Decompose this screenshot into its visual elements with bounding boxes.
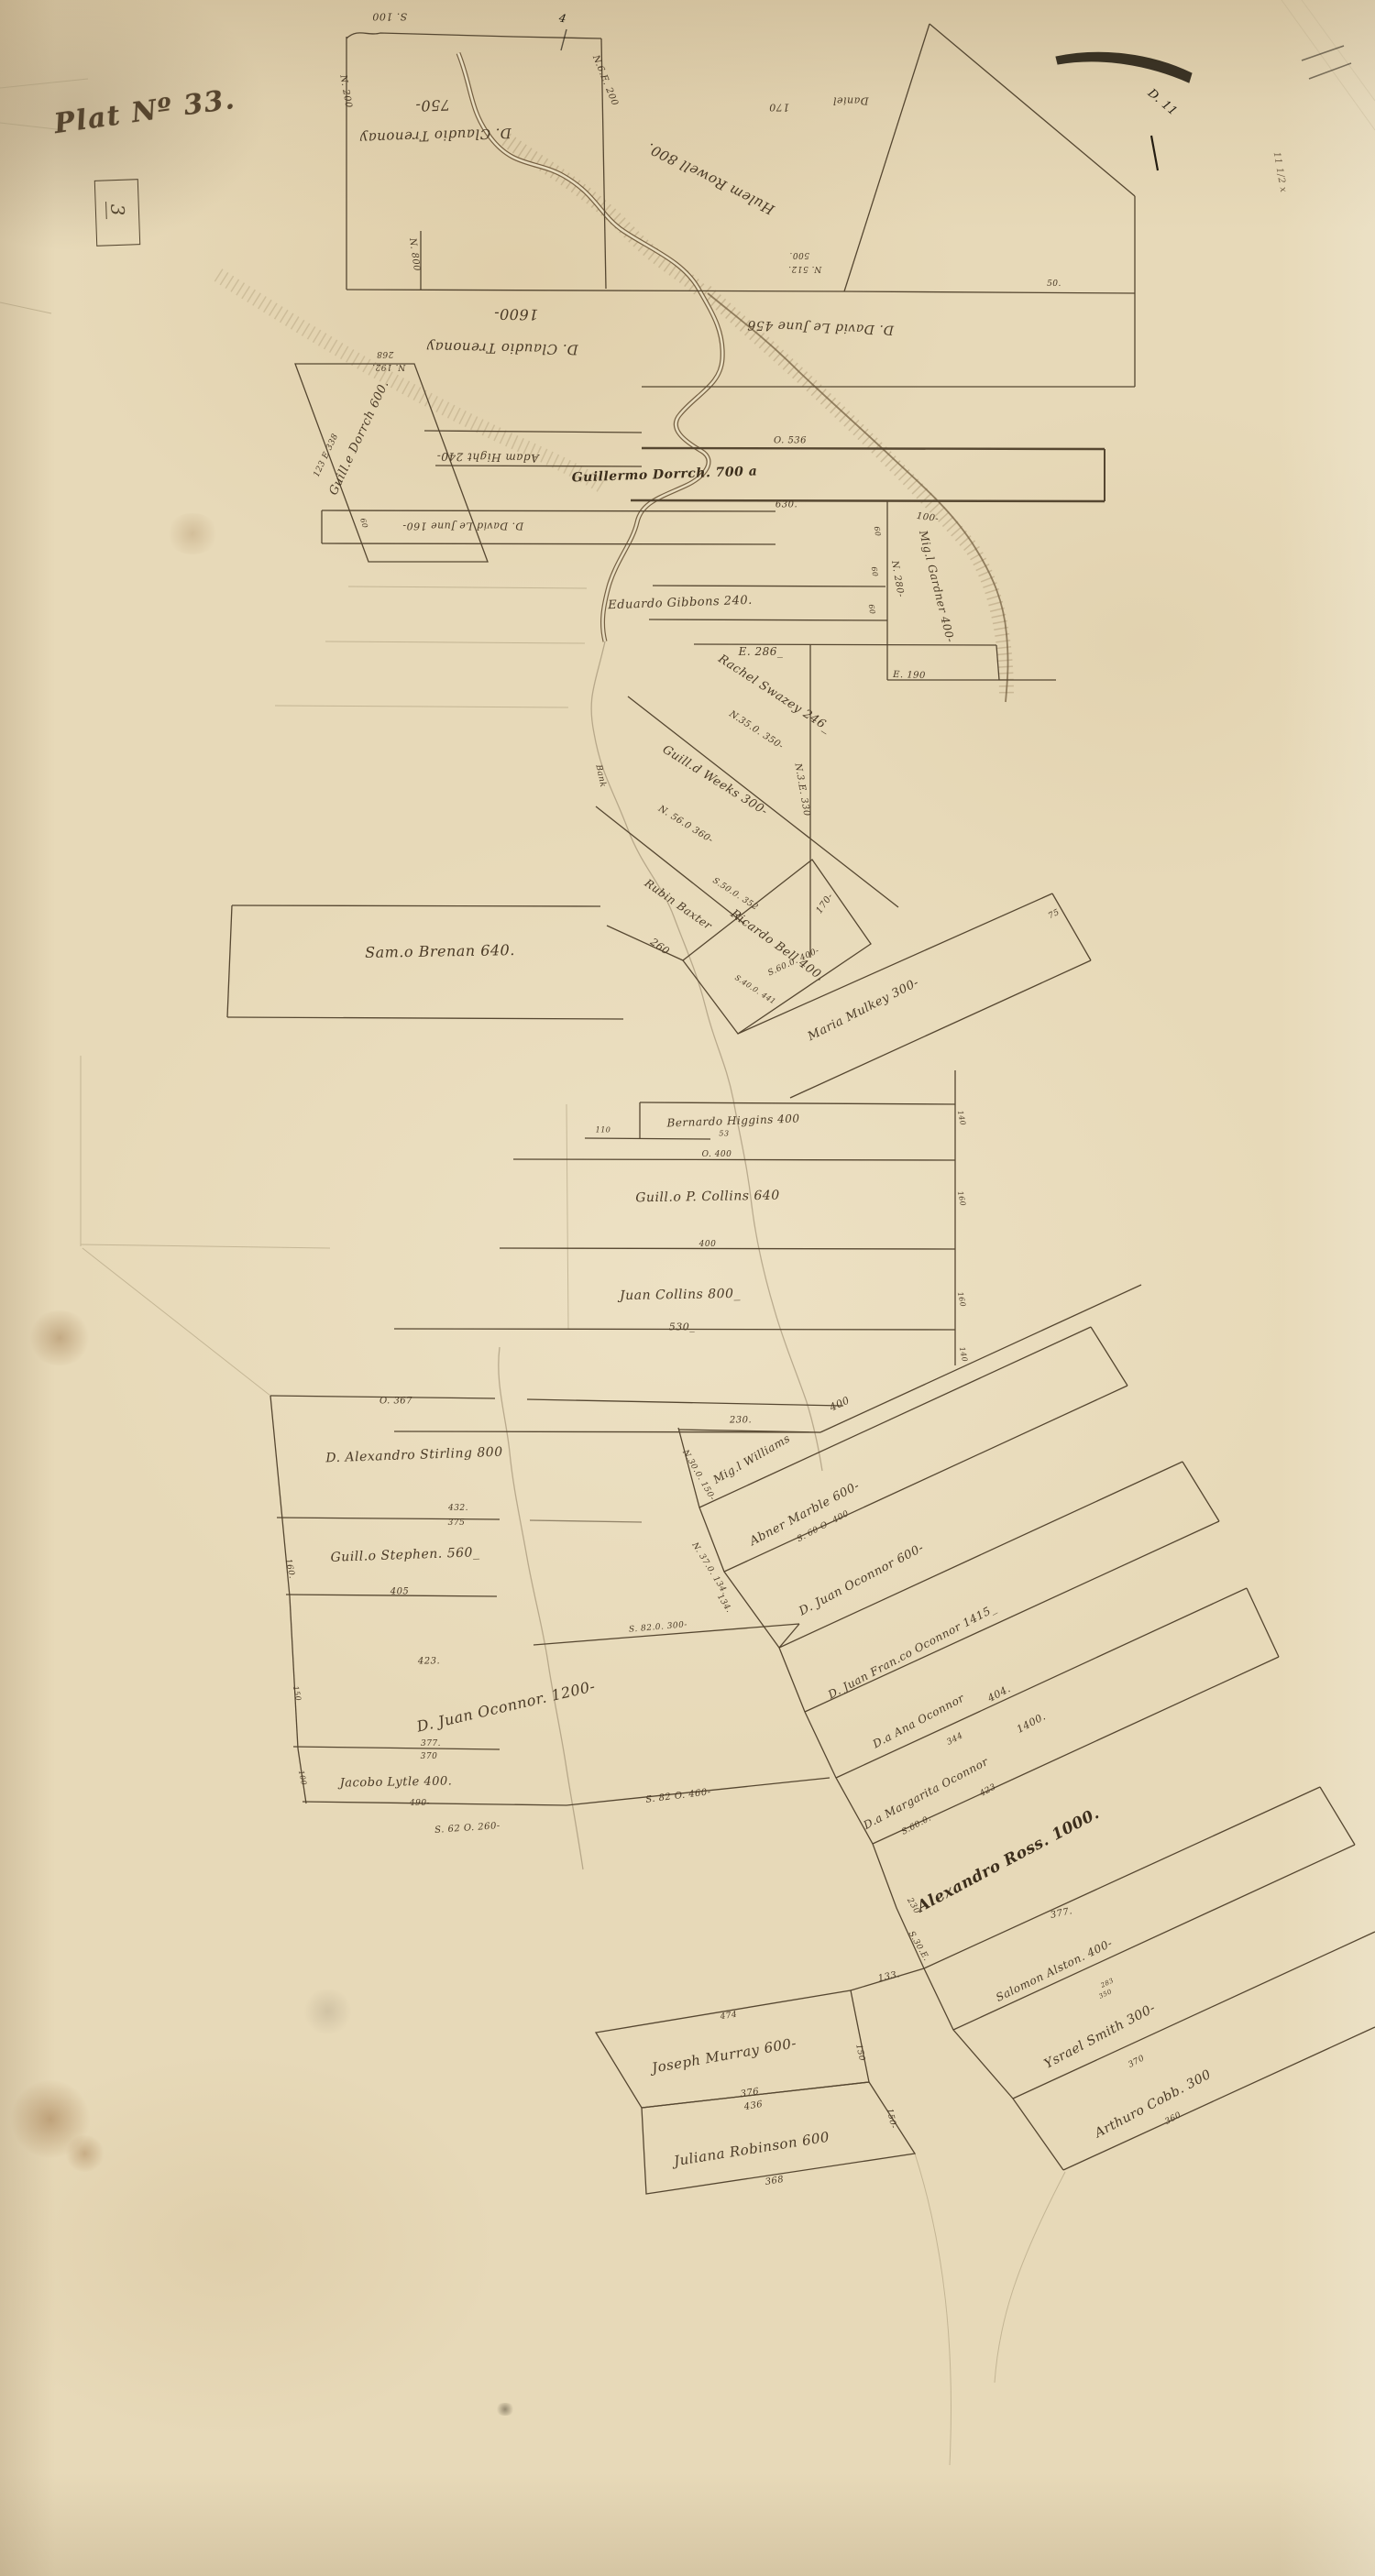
parcel-collins640: Guill.o P. Collins 640 — [635, 1189, 780, 1206]
label-405: 405 — [390, 1587, 410, 1597]
bearing-500: 500. — [789, 250, 809, 259]
tick-60c: 60 — [870, 566, 880, 578]
bearing-e190: E. 190 — [893, 670, 926, 681]
label-daniel: Daniel — [832, 95, 868, 107]
parcel-hight: Adam Hight 240- — [436, 450, 539, 465]
parcel-lytle: Jacobo Lytle 400. — [339, 1774, 452, 1790]
bearing-o536: O. 536 — [774, 436, 807, 446]
bearing-630: 630. — [775, 500, 797, 510]
parcel-trenonay1600-name: D. Claudio Trenonay — [426, 339, 578, 358]
label-490: 490- — [410, 1799, 430, 1808]
label-53: 53 — [719, 1130, 729, 1138]
corner-number-box: 3 — [94, 179, 140, 247]
label-170: 170 — [769, 102, 790, 114]
label-230: 230. — [730, 1416, 752, 1426]
label-400: 400 — [699, 1240, 717, 1249]
bearing-o400: O. 400 — [702, 1150, 732, 1159]
bearing-50: 50. — [1047, 280, 1061, 289]
tick-60b: 60 — [873, 526, 883, 538]
bearing-268: 268 — [377, 349, 394, 358]
parcel-trenonay750-acres: 750- — [415, 96, 451, 115]
bearing-o367: O. 367 — [379, 1397, 412, 1407]
label-423: 423. — [418, 1657, 440, 1667]
parcel-lejune160: D. David Le June 160- — [402, 521, 523, 532]
label-377: 377. — [421, 1739, 441, 1748]
label-110: 110 — [596, 1126, 611, 1135]
ink-marks — [561, 29, 1351, 170]
bearing-n192: N. 192. — [372, 362, 406, 371]
plat-map-sheet: Plat Nº 33. 3 S. 100 750- D. Claudio Tre… — [0, 0, 1375, 2576]
bearing-s100: S. 100 — [372, 11, 407, 23]
label-432: 432. — [448, 1504, 468, 1513]
bearing-e286: E. 286_ — [739, 645, 784, 658]
parcel-collins800: Juan Collins 800_ — [620, 1287, 741, 1303]
label-370: 370 — [421, 1752, 438, 1761]
parcel-trenonay1600-acres: 1600- — [494, 305, 539, 323]
bearing-n512: N. 512. — [788, 264, 822, 273]
label-375: 375 — [448, 1518, 466, 1528]
label-530: 530_ — [669, 1321, 696, 1333]
corner-number: 3 — [105, 201, 129, 219]
parcel-boundaries — [227, 24, 1375, 2194]
river — [458, 53, 1008, 1869]
tick-60d: 60 — [867, 604, 877, 616]
parcel-brenan: Sam.o Brenan 640. — [365, 941, 515, 961]
